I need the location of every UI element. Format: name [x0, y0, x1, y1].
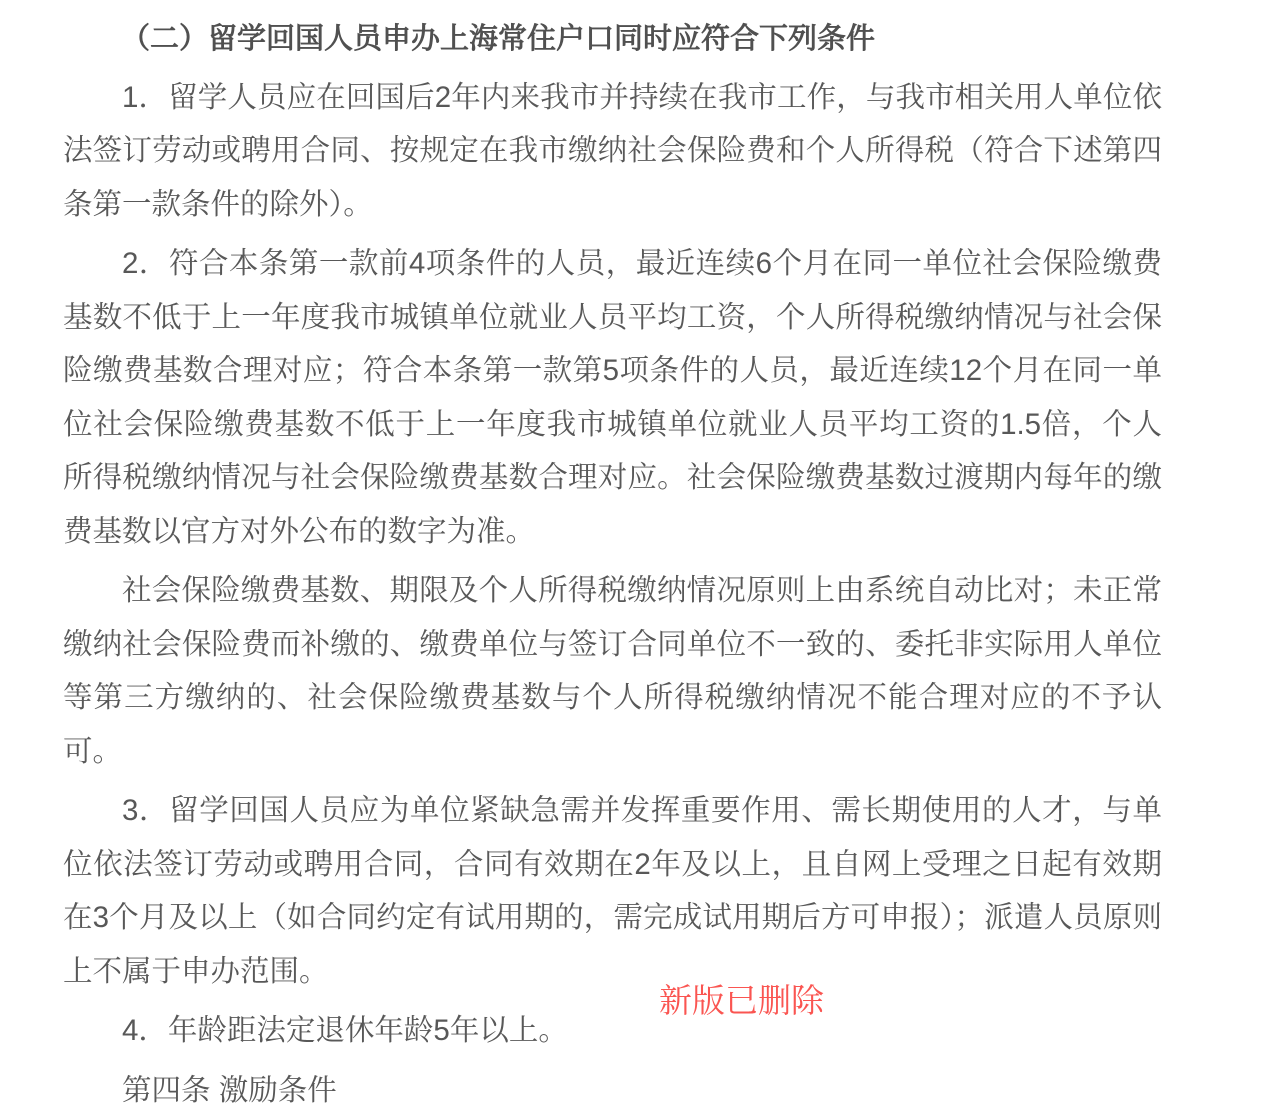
deleted-in-new-version-annotation: 新版已删除: [659, 982, 824, 1020]
paragraph-condition-3: 3．留学回国人员应为单位紧缺急需并发挥重要作用、需长期使用的人才，与单位依法签订…: [63, 784, 1162, 998]
document-page: （二）留学回国人员申办上海常住户口同时应符合下列条件 1．留学人员应在回国后2年…: [0, 0, 1280, 1112]
paragraph-condition-2: 2．符合本条第一款前4项条件的人员，最近连续6个月在同一单位社会保险缴费基数不低…: [63, 237, 1162, 558]
paragraph-article-4-title: 第四条 激励条件: [63, 1064, 1162, 1112]
section-heading: （二）留学回国人员申办上海常住户口同时应符合下列条件: [63, 13, 1162, 67]
paragraph-social-insurance-check: 社会保险缴费基数、期限及个人所得税缴纳情况原则上由系统自动比对；未正常缴纳社会保…: [63, 564, 1162, 778]
paragraph-condition-1: 1．留学人员应在回国后2年内来我市并持续在我市工作，与我市相关用人单位依法签订劳…: [63, 71, 1162, 232]
document-content: （二）留学回国人员申办上海常住户口同时应符合下列条件 1．留学人员应在回国后2年…: [0, 0, 1280, 1112]
paragraph-condition-4: 4．年龄距法定退休年龄5年以上。: [63, 1004, 1162, 1058]
